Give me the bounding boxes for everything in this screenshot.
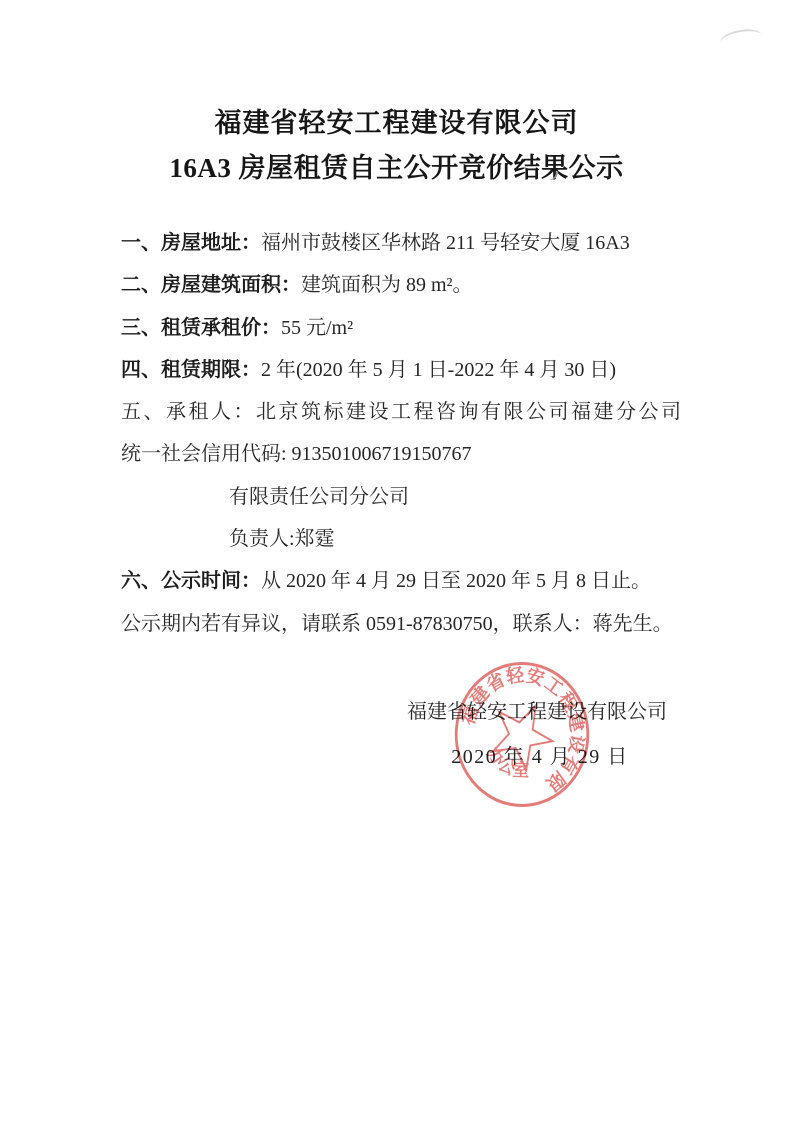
line-value: 2 年(2020 年 5 月 1 日-2022 年 4 月 30 日)	[261, 359, 616, 381]
body-line-address: 一、房屋地址：福州市鼓楼区华林路 211 号轻安大厦 16A3	[0, 222, 793, 264]
notice-body: 一、房屋地址：福州市鼓楼区华林路 211 号轻安大厦 16A3 二、房屋建筑面积…	[0, 222, 793, 645]
line-value: 负责人:郑霆	[229, 528, 335, 550]
line-value: 公示期内若有异议，请联系 0591-87830750，联系人：蒋先生。	[121, 613, 673, 635]
line-label: 四、租赁期限：	[121, 359, 261, 381]
line-label: 五、承租人：	[121, 401, 256, 423]
body-line-company-type: 有限责任公司分公司	[0, 476, 793, 518]
seal-office-text-container: 办公室	[480, 739, 537, 788]
line-value: 55 元/m²	[281, 317, 353, 339]
line-value: 建筑面积为 89 m²。	[301, 274, 473, 296]
body-line-person-in-charge: 负责人:郑霆	[0, 518, 793, 560]
company-seal-stamp: 福建省轻安工程建设有限公司 办公室	[452, 659, 592, 810]
line-value: 北京筑标建设工程咨询有限公司福建分公司	[256, 401, 684, 423]
body-line-publicity-period: 六、公示时间：从 2020 年 4 月 29 日至 2020 年 5 月 8 日…	[0, 560, 793, 602]
company-title: 福建省轻安工程建设有限公司	[0, 101, 793, 140]
line-value: 统一社会信用代码: 913501006719150767	[121, 443, 472, 465]
line-label: 一、房屋地址：	[121, 232, 261, 254]
document-page: 福建省轻安工程建设有限公司 16A3 房屋租赁自主公开竞价结果公示 一、房屋地址…	[0, 0, 793, 1121]
line-value: 从 2020 年 4 月 29 日至 2020 年 5 月 8 日止。	[261, 570, 651, 592]
line-value: 福州市鼓楼区华林路 211 号轻安大厦 16A3	[261, 232, 630, 254]
line-label: 三、租赁承租价：	[121, 317, 281, 339]
body-line-credit-code: 统一社会信用代码: 913501006719150767	[0, 433, 793, 475]
scan-artifact	[719, 26, 763, 51]
seal-office-text: 办公室	[480, 739, 537, 788]
body-line-term: 四、租赁期限：2 年(2020 年 5 月 1 日-2022 年 4 月 30 …	[0, 349, 793, 391]
notice-title: 16A3 房屋租赁自主公开竞价结果公示	[0, 146, 793, 185]
line-label: 二、房屋建筑面积：	[121, 274, 301, 296]
body-line-price: 三、租赁承租价：55 元/m²	[0, 307, 793, 349]
line-value: 有限责任公司分公司	[229, 486, 409, 508]
body-line-area: 二、房屋建筑面积：建筑面积为 89 m²。	[0, 264, 793, 306]
body-line-tenant: 五、承租人：北京筑标建设工程咨询有限公司福建分公司	[0, 391, 793, 433]
body-line-contact: 公示期内若有异议，请联系 0591-87830750，联系人：蒋先生。	[0, 603, 793, 645]
line-label: 六、公示时间：	[121, 570, 261, 592]
